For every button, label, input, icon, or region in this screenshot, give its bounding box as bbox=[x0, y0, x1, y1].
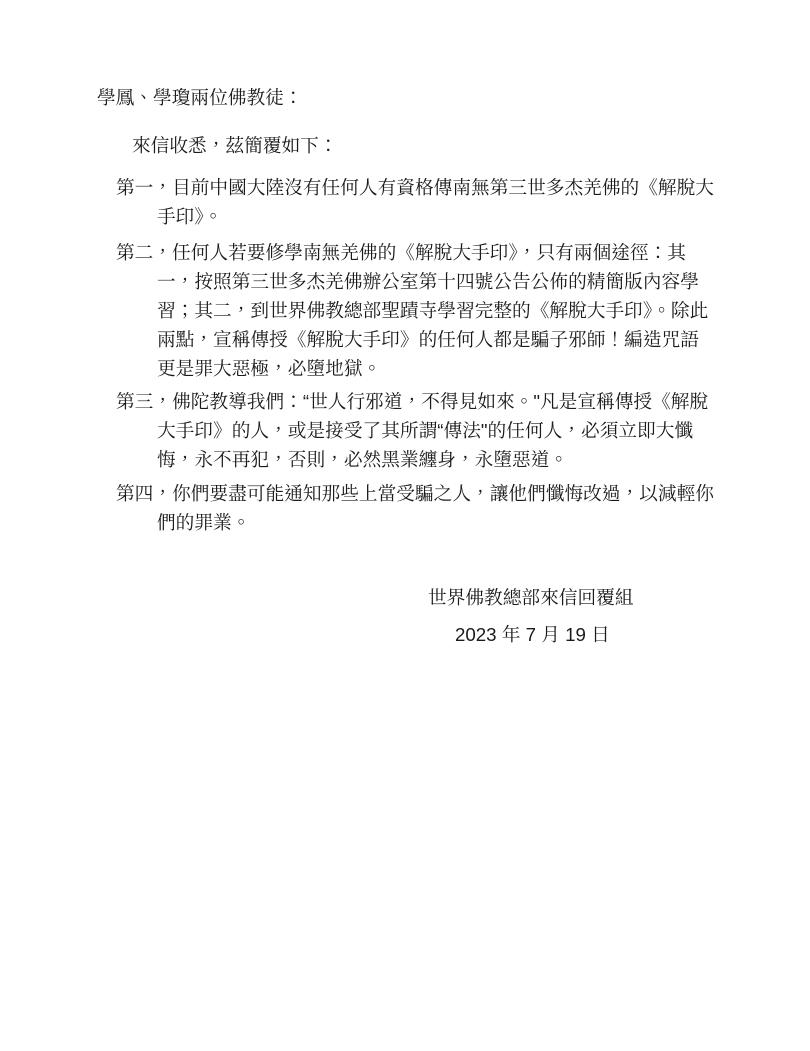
salutation: 學鳳、學瓊兩位佛教徒： bbox=[97, 83, 810, 112]
item-text: 任何人若要修學南無羌佛的《解脫大手印》，只有兩個途徑：其一，按照第三世多杰羌佛辦… bbox=[157, 242, 708, 379]
item-text: 你們要盡可能通知那些上當受騙之人，讓他們懺悔改過，以減輕你們的罪業。 bbox=[157, 483, 714, 533]
signature-line: 世界佛教總部來信回覆組 bbox=[428, 583, 810, 612]
item-label: 第三， bbox=[116, 391, 172, 412]
item-label: 第二， bbox=[116, 242, 172, 263]
intro-line: 來信收悉，茲簡覆如下： bbox=[132, 131, 810, 160]
item-text: 目前中國大陸沒有任何人有資格傳南無第三世多杰羌佛的《解脫大手印》。 bbox=[157, 177, 714, 227]
list-item: 第三，佛陀教導我們：“世人行邪道，不得見如來。"凡是宣稱傳授《解脫大手印》的人，… bbox=[0, 387, 717, 474]
list-item: 第四，你們要盡可能通知那些上當受騙之人，讓他們懺悔改過，以減輕你們的罪業。 bbox=[0, 479, 717, 537]
item-text: 佛陀教導我們：“世人行邪道，不得見如來。"凡是宣稱傳授《解脫大手印》的人，或是接… bbox=[157, 391, 708, 470]
item-label: 第四， bbox=[116, 483, 172, 504]
item-label: 第一， bbox=[116, 177, 172, 198]
letter-page: 學鳳、學瓊兩位佛教徒： 來信收悉，茲簡覆如下： 第一，目前中國大陸沒有任何人有資… bbox=[0, 0, 810, 1051]
list-item: 第一，目前中國大陸沒有任何人有資格傳南無第三世多杰羌佛的《解脫大手印》。 bbox=[0, 173, 717, 231]
list-item: 第二，任何人若要修學南無羌佛的《解脫大手印》，只有兩個途徑：其一，按照第三世多杰… bbox=[0, 238, 717, 383]
date-line: 2023 年 7 月 19 日 bbox=[455, 620, 810, 649]
